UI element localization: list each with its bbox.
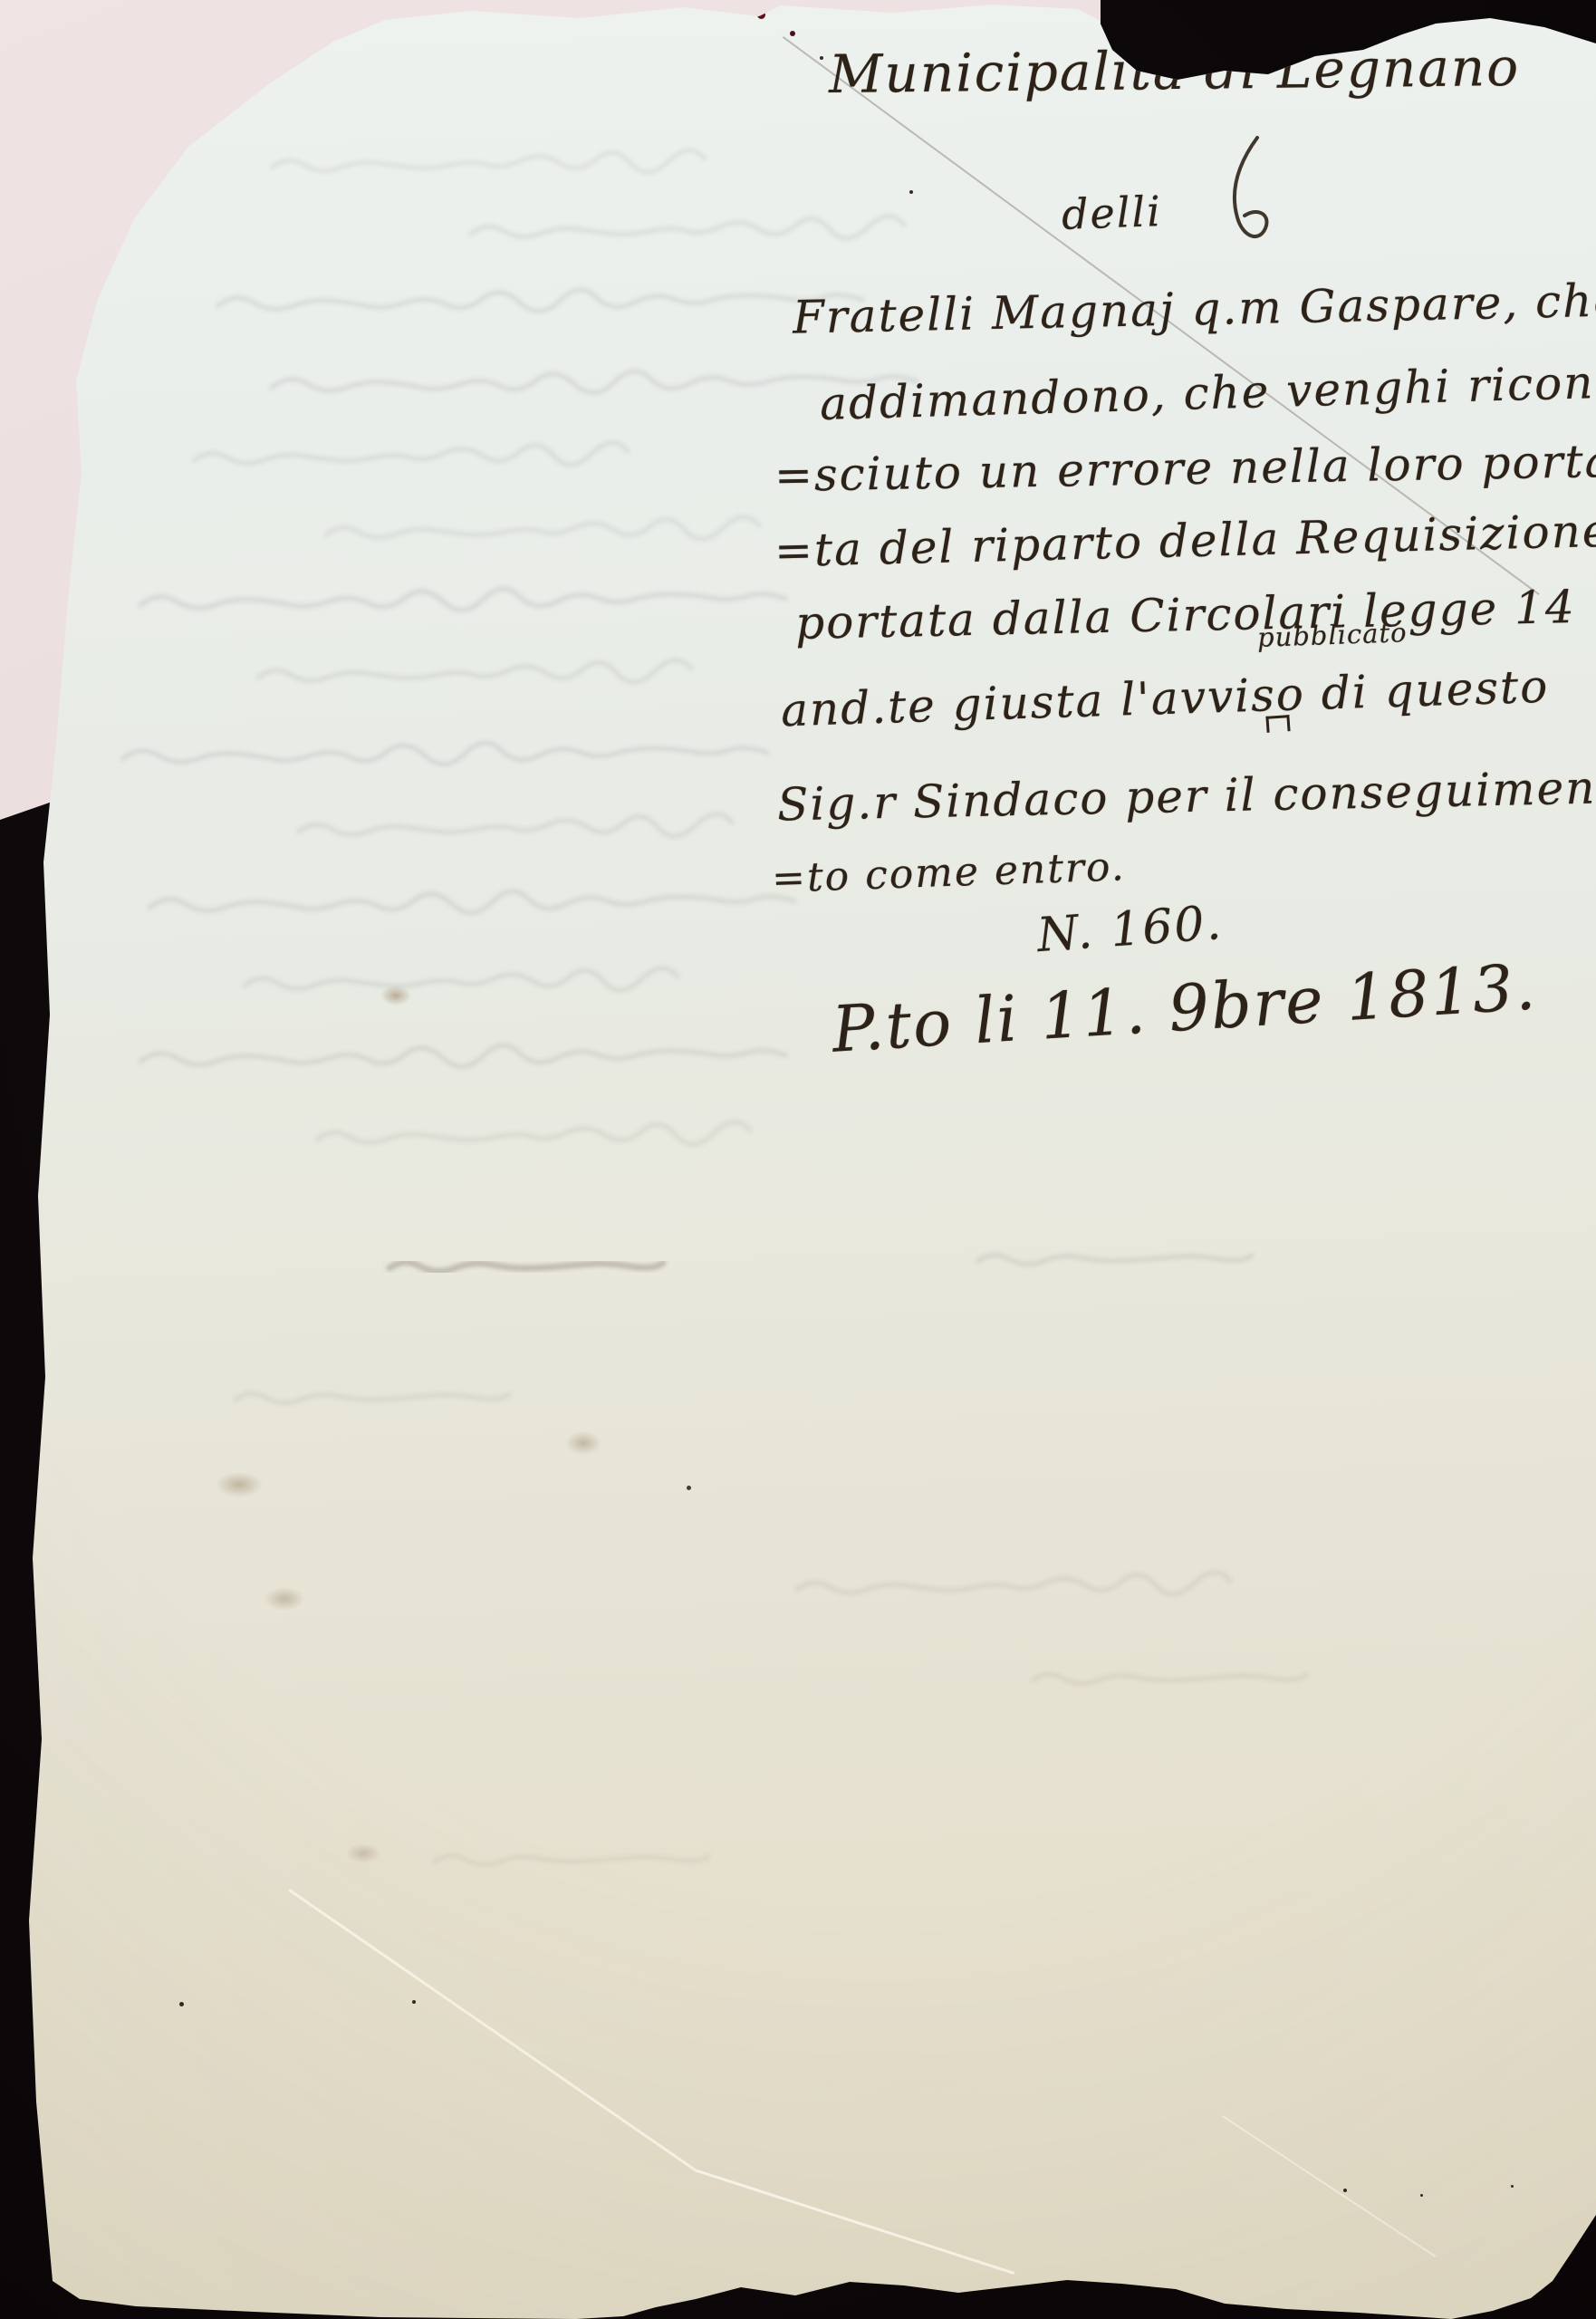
- ink-speck: [909, 190, 913, 194]
- ink-speck: [1511, 2185, 1514, 2188]
- ink-speck: [790, 31, 795, 36]
- salutation-line: delli: [1061, 187, 1163, 239]
- stain: [380, 986, 411, 1006]
- insertion-caret-mark: [1265, 715, 1290, 733]
- stain: [565, 1431, 601, 1455]
- ink-speck: [687, 1486, 691, 1490]
- ink-speck: [1343, 2189, 1347, 2192]
- stain: [216, 1472, 263, 1497]
- ink-speck: [179, 2002, 184, 2006]
- stain: [346, 1843, 380, 1863]
- page-title: Municipalità di Legnano: [829, 36, 1521, 105]
- photo-backdrop: Municipalità di Legnano delli Fratelli M…: [0, 0, 1596, 2319]
- inserted-word: pubblicato: [1256, 617, 1408, 653]
- stain: [264, 1587, 304, 1611]
- document-page: Municipalità di Legnano delli Fratelli M…: [0, 0, 1596, 2319]
- ink-speck: [820, 56, 823, 60]
- ink-speck: [1420, 2194, 1423, 2197]
- paper-shading: [0, 0, 1596, 2319]
- ink-speck: [412, 2000, 416, 2004]
